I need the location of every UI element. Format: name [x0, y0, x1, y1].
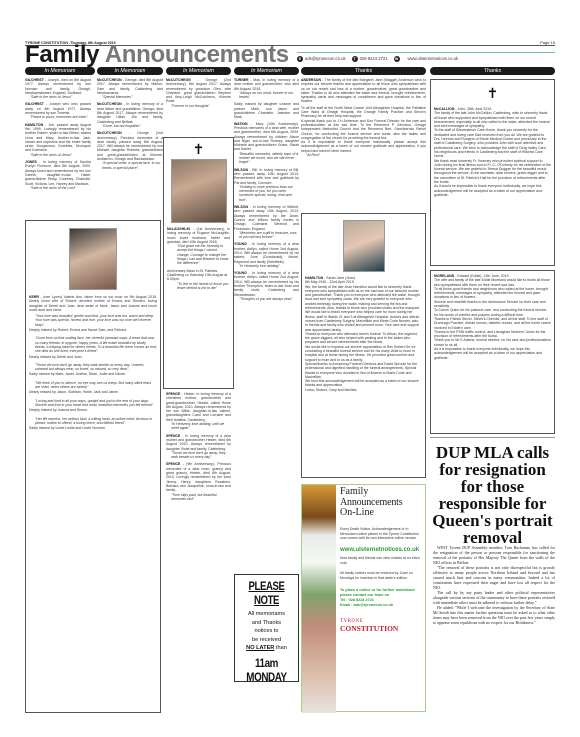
kerr-photo: [69, 228, 117, 290]
kerr-verse: "Those we love don't go away, they walk …: [29, 363, 157, 377]
text: "Gone, but not forgotten".: [97, 124, 163, 128]
phone-contact[interactable]: T028 8224 2721: [352, 56, 388, 62]
memoriam-column-3-lower: SPENCE - Hester. In loving memory of a c…: [166, 392, 231, 722]
memoriam-column-4: TURNER - May. In loving memory of a dear…: [234, 78, 299, 570]
notice: TURNER - May. In loving memory of a dear…: [234, 78, 299, 120]
text: "Gone from us that smiling face, her che…: [29, 336, 157, 353]
email-contact[interactable]: Eads@tyronecon.co.uk: [297, 56, 346, 62]
text: Anniversary Mass in St. Patricks, Castle…: [167, 269, 230, 282]
text: Dearly missed by Derek and Joan.: [29, 355, 157, 359]
text: As it would be impossible to thank every…: [434, 184, 551, 197]
cross-icon: ✝: [434, 85, 551, 101]
please-note-box: PLEASE NOTE All memoriams and Thanks not…: [234, 574, 299, 682]
divider: [430, 437, 555, 438]
news-headline: DUP MLA calls for resignation for those …: [430, 444, 555, 546]
section-header-in-memoriam-4: In Memoriam: [234, 67, 299, 75]
text: He added: "While I welcome the investiga…: [433, 605, 555, 625]
title-announcements: Announcements: [105, 41, 289, 68]
mccallion-thanks: ✝ McCALLION - John, 26th June 2019. The …: [430, 79, 555, 266]
text: 028 8224 2721: [360, 56, 388, 61]
notice: SPENCE - In loving memory of a dear moth…: [166, 434, 231, 460]
text: We would like to express our sincere app…: [305, 345, 422, 362]
text: "God grant me the Serenity to accept the…: [167, 244, 230, 265]
notice: SPENCE - Hester. In loving memory of a c…: [166, 392, 231, 431]
text: - Mary (10th Anniversary). Precious memo…: [234, 122, 299, 152]
text: "Safe in the arms of Jesus": [25, 95, 91, 99]
text: "Loving and kind in all your ways, uprig…: [29, 399, 157, 408]
ad-title: Family Announcements On-Line: [340, 487, 425, 519]
notice: WATKIN - Mary (10th Anniversary). Precio…: [234, 122, 299, 165]
please-note-title: PLEASE NOTE: [241, 579, 291, 607]
notice: SPENCE - (9th Anniversary). Precious mem…: [166, 462, 231, 501]
text: Thanks to Patrick Slevin, Slevin's Chemi…: [434, 317, 551, 330]
text: On-Line: [340, 508, 425, 519]
text: NO LATER: [246, 645, 274, 651]
kerr-verse: "We think of you in silence, no eye may …: [29, 381, 157, 395]
mclaughlin-notice: ✝ McLAUGHLIN - (1st Anniversary) In lovi…: [163, 137, 234, 389]
text: Deeply missed by Joanna and Simon.: [29, 408, 157, 412]
ad-url[interactable]: www.ulsternetnotices.co.uk: [340, 547, 426, 553]
text: - In loving memory of a dear brother, Ae…: [234, 271, 299, 296]
ad-deadline: All family notices must be received by 1…: [340, 571, 424, 580]
text: "Those we love don't go away, they walk …: [166, 451, 231, 460]
title-family: Family: [25, 41, 99, 68]
notice: YOUNG - In loving memory of a dear broth…: [234, 242, 299, 268]
ad-image: [302, 485, 336, 713]
text: "Thoughts of you are always near".: [234, 297, 299, 301]
anderson-thanks: ANDERSON - The family of the late Margar…: [301, 78, 426, 210]
notice: McCUTCHEON - George, died 8th August 201…: [97, 78, 163, 99]
kerr-notice: KERR - (nee Lyons) Valerie Ann, taken fr…: [25, 220, 161, 713]
text: and Thanks: [235, 619, 298, 628]
notice: McCUTCHEON - George (2nd Anniversary). P…: [97, 131, 163, 170]
text: "Always on our mind, forever in our hear…: [234, 91, 299, 100]
text: Email : ads@tyronecon.co.uk: [340, 603, 424, 608]
notice: HAMILTON - Jim, passed away August 9th, …: [25, 123, 91, 157]
text: "We think of you in silence, no eye may …: [29, 381, 157, 390]
text: WEST Tyrone DUP Assembly member, Tom Buc…: [433, 545, 555, 565]
text: Thanks to everyone who attended mum's fu…: [305, 332, 422, 345]
text: - George (2nd Anniversary). Precious mem…: [97, 131, 163, 161]
contact-bar: Eads@tyronecon.co.uk T028 8224 2721 Wwww…: [297, 52, 555, 64]
ad-body: Every Death Notice, Acknowledgement or I…: [340, 527, 424, 541]
online-notices-ad[interactable]: Family Announcements On-Line Every Death…: [301, 484, 426, 712]
text: "Peace is yours, memories are mine".: [25, 115, 91, 119]
text: Sadly missed by Mark, Janet, Justine, De…: [29, 372, 157, 376]
text: Sincere and heartfelt thanks to the Ambu…: [434, 300, 551, 309]
text: Special thanks to Armstrong Funeral Dire…: [305, 362, 422, 379]
kerr-verse: "Her life earnest, her actions kind, a w…: [29, 417, 157, 431]
text: "Those we love don't go away, they walk …: [29, 363, 157, 372]
text: www.ulsternetnotices.co.uk: [408, 56, 459, 61]
web-contact[interactable]: Wwww.ulsternetnotices.co.uk: [394, 56, 459, 62]
notice: WILSON - In loving memory of Wilbert, wh…: [234, 205, 299, 239]
text: Sadly missed by Uncle Leslie and Uncle N…: [29, 426, 157, 430]
news-story: WEST Tyrone DUP Assembly member, Tom Buc…: [433, 545, 555, 715]
ad-subtext: Now family and friends can view notices …: [340, 556, 424, 565]
hamilton-photo: [343, 220, 385, 272]
text: - Jim, passed away August 9th, 1999. Lov…: [25, 123, 91, 153]
text: - In loving memory of Wilbert, who passe…: [234, 205, 299, 230]
text: Deeply missed by Robert, Emma and fiancé…: [29, 328, 157, 332]
notice: GILCHRIST - Joseph who who passed away o…: [25, 102, 91, 119]
section-header-in-memoriam-3: In Memoriam: [166, 67, 231, 75]
text: - In loving memory of Sandra Evelyn Flor…: [25, 160, 91, 185]
text: "In Heavenly love abiding".: [234, 264, 299, 268]
text: Thank you to Mr K Adams, funeral directo…: [434, 338, 551, 347]
text: "Special Memories": [97, 95, 163, 99]
text: "Beautiful memories, silently kept, of a…: [234, 152, 299, 165]
phone-icon: T: [352, 56, 358, 62]
text: notices to: [235, 627, 298, 636]
kerr-verse: "Your love was beautiful, gentle and kin…: [29, 314, 157, 332]
notice: WILSON - Bill. In loving memory of Bill,…: [234, 168, 299, 202]
notice: JONES - In loving memory of Sandra Evely…: [25, 160, 91, 190]
text: "In Heavenly love abiding, until we meet…: [166, 422, 231, 431]
notice: McCUTCHEON - In loving memory of a dear …: [97, 102, 163, 128]
text: We thank most sincerely Fr. Kearney who …: [434, 159, 551, 185]
text: - Hester. In loving memory of a cherishe…: [166, 392, 231, 422]
please-note-deadline: 11am MONDAY: [241, 656, 293, 684]
notice: McCUTCHEON - George (2nd Anniversary), 8…: [166, 78, 231, 108]
text: To Canon Quinn for his pastoral care, an…: [434, 308, 551, 317]
text: "Your love was beautiful, gentle and kin…: [29, 314, 157, 327]
ad-contact: To place a notice or for further assista…: [340, 588, 424, 608]
text: - (9th Anniversary). Precious memories o…: [166, 462, 231, 492]
memoriam-column-1: GILCHRIST - Joseph, died on 8th August 1…: [25, 78, 91, 216]
kerr-verse: "Gone from us that smiling face, her che…: [29, 336, 157, 358]
text: - George (2nd Anniversary), 8th August 2…: [166, 78, 231, 103]
email-icon: E: [297, 56, 303, 62]
text: Sadly missed by daughter Leanne and part…: [234, 102, 299, 119]
text: - (nee Lyons) Valerie Ann, taken from us…: [29, 295, 157, 312]
text: Family: [340, 487, 425, 498]
text: We trust this acknowledgement will be ac…: [305, 379, 422, 388]
text: The family of the late John McCallion, C…: [434, 111, 551, 128]
text: A special thank you to J.H Anderson and …: [301, 119, 426, 140]
hamilton-thanks: HAMILTON - Sarah Jane (Jean) 8th May 194…: [301, 213, 426, 478]
text: "Safe in the arms of the Lord".: [25, 186, 91, 190]
memoriam-column-3: McCUTCHEON - George (2nd Anniversary), 8…: [166, 78, 231, 134]
text: The wife and family of the late Eddie Mo…: [434, 278, 551, 287]
text: As it is impossible to thank everyone in…: [301, 140, 426, 153]
text: "At Rest": [301, 153, 426, 157]
page-number: Page 15: [540, 40, 555, 45]
section-header-in-memoriam-1: In Memoriam: [25, 67, 95, 75]
kerr-verse: "Loving and kind in all your ways, uprig…: [29, 399, 157, 413]
text: Thanks to the PSNI traffic control, and …: [434, 330, 551, 339]
page-title: Family Announcements: [25, 44, 289, 66]
text: To all those good friends and neighbours…: [434, 287, 551, 300]
text: As it is impossible to thank everyone in…: [434, 347, 551, 360]
text: To place a notice or for further assista…: [340, 588, 424, 598]
text: be received: [235, 636, 298, 645]
text: "A special smile, a special face, in our…: [97, 161, 163, 170]
text: "Time slips past, but beautiful memories…: [166, 493, 231, 502]
text: - The family of the late Margaret Jane (…: [301, 78, 426, 103]
text: CONSTITUTION: [340, 625, 424, 632]
notice: YOUNG - In loving memory of a dear broth…: [234, 271, 299, 301]
text: Dearly missed by Jason, Siobhan, Hollie,…: [29, 390, 157, 394]
web-icon: W: [394, 56, 400, 62]
section-header-thanks-1: Thanks: [301, 67, 426, 75]
text: To all the staff at the North West Cance…: [301, 106, 426, 119]
cross-icon: ✝: [167, 141, 230, 157]
section-headers: In Memoriam In Memoriam In Memoriam In M…: [25, 67, 555, 76]
text: To the staff of Slievenamon Care Home, t…: [434, 128, 551, 158]
mclaughlin-photo: [171, 159, 227, 223]
text: We, the family of the late Jean Hamilton…: [305, 285, 422, 311]
text: "Nothing is more precious than our memor…: [234, 185, 299, 202]
text: The call by by my party leader and other…: [433, 590, 555, 605]
text: "Her life earnest, her actions kind, a w…: [29, 417, 157, 426]
section-header-in-memoriam-2: In Memoriam: [97, 67, 163, 75]
text: Lorna, Sharon, Gary and families.: [305, 388, 422, 392]
text: All memoriams: [235, 610, 298, 619]
notice: GILCHRIST - Joseph, died on 8th August 1…: [25, 78, 91, 99]
moreland-thanks: MORELAND - Edward (Eddie), 12th June, 20…: [430, 270, 555, 434]
text: "Memories are a gift to treasure, ours o…: [234, 231, 299, 240]
text: "Safe in the arms of Jesus": [25, 153, 91, 157]
text: "To live in the hearts of those you leav…: [167, 282, 230, 291]
text: "Forever in our thoughts": [166, 104, 231, 108]
text: ads@tyronecon.co.uk: [305, 56, 346, 61]
text: We would like to thank everyone who help…: [305, 310, 422, 331]
ad-brand-logo: TYRONE CONSTITUTION: [340, 618, 424, 632]
please-note-body: All memoriams and Thanks notices to be r…: [235, 610, 298, 653]
section-header-thanks-2: Thanks: [430, 67, 555, 75]
text: than: [274, 645, 286, 651]
text: "The removal of these portraits is not o…: [433, 565, 555, 590]
